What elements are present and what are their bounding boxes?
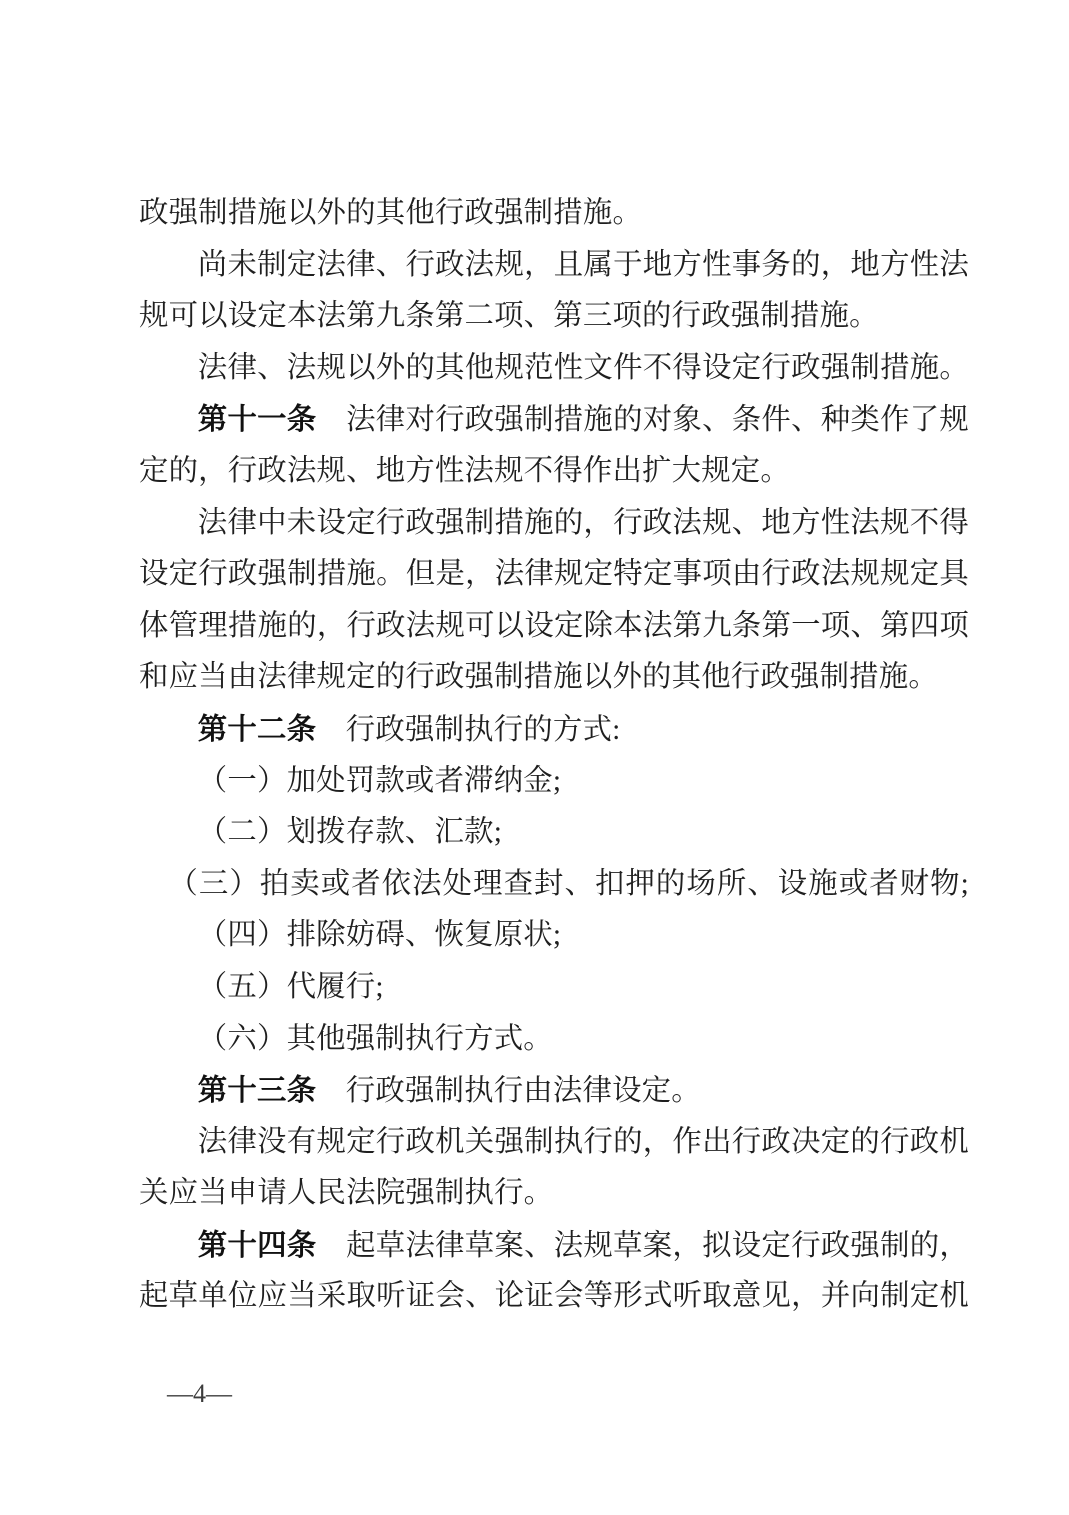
line-text: 尚未制定法律、行政法规，且属于地方性事务的，地方性法 — [198, 249, 969, 281]
line-text: 法律中未设定行政强制措施的，行政法规、地方性法规不得 — [198, 507, 969, 539]
text-line: 规可以设定本法第九条第二项、第三项的行政强制措施。 — [139, 291, 969, 343]
line-text: 起草法律草案、法规草案，拟设定行政强制的， — [316, 1230, 969, 1262]
text-line: 关应当申请人民法院强制执行。 — [139, 1168, 969, 1220]
text-line: 定的，行政法规、地方性法规不得作出扩大规定。 — [139, 446, 969, 498]
text-line: 尚未制定法律、行政法规，且属于地方性事务的，地方性法 — [139, 240, 969, 292]
text-line: 起草单位应当采取听证会、论证会等形式听取意见，并向制定机 — [139, 1271, 969, 1323]
line-text: 关应当申请人民法院强制执行。 — [139, 1177, 553, 1209]
text-line: 设定行政强制措施。但是，法律规定特定事项由行政法规规定具 — [139, 549, 969, 601]
text-line: 政强制措施以外的其他行政强制措施。 — [139, 188, 969, 240]
line-text: 行政强制执行的方式: — [316, 714, 620, 746]
line-text: 行政强制执行由法律设定。 — [316, 1075, 701, 1107]
text-line: （六）其他强制执行方式。 — [139, 1014, 969, 1066]
line-text: （五）代履行; — [198, 971, 384, 1003]
line-text: 定的，行政法规、地方性法规不得作出扩大规定。 — [139, 455, 790, 487]
article-line: 第十一条 法律对行政强制措施的对象、条件、种类作了规 — [139, 394, 969, 446]
line-text: 起草单位应当采取听证会、论证会等形式听取意见，并向制定机 — [139, 1280, 969, 1312]
line-text: 设定行政强制措施。但是，法律规定特定事项由行政法规规定具 — [139, 558, 969, 590]
article-number: 第十四条 — [198, 1229, 317, 1262]
text-line: （四）排除妨碍、恢复原状; — [139, 910, 969, 962]
line-text: 体管理措施的，行政法规可以设定除本法第九条第一项、第四项 — [139, 610, 969, 642]
text-line: （一）加处罚款或者滞纳金; — [139, 756, 969, 808]
line-text: 规可以设定本法第九条第二项、第三项的行政强制措施。 — [139, 300, 879, 332]
line-text: 和应当由法律规定的行政强制措施以外的其他行政强制措施。 — [139, 661, 938, 693]
text-line: （二）划拨存款、汇款; — [139, 807, 969, 859]
article-line: 第十四条 起草法律草案、法规草案，拟设定行政强制的， — [139, 1220, 969, 1272]
line-text: （三）拍卖或者依法处理查封、扣押的场所、设施或者财物; — [168, 868, 969, 900]
line-text: （六）其他强制执行方式。 — [198, 1023, 553, 1055]
line-text: （四）排除妨碍、恢复原状; — [198, 919, 561, 951]
text-line: 法律、法规以外的其他规范性文件不得设定行政强制措施。 — [139, 343, 969, 395]
article-number: 第十三条 — [198, 1074, 316, 1107]
text-line: （五）代履行; — [139, 962, 969, 1014]
page-number: —4— — [167, 1378, 232, 1410]
line-text: 法律对行政强制措施的对象、条件、种类作了规 — [316, 404, 969, 436]
text-line: 和应当由法律规定的行政强制措施以外的其他行政强制措施。 — [139, 652, 969, 704]
article-number: 第十一条 — [198, 403, 317, 436]
article-line: 第十二条 行政强制执行的方式: — [139, 704, 969, 756]
article-line: 第十三条 行政强制执行由法律设定。 — [139, 1065, 969, 1117]
line-text: 法律没有规定行政机关强制执行的，作出行政决定的行政机 — [198, 1126, 969, 1158]
document-page: 政强制措施以外的其他行政强制措施。尚未制定法律、行政法规，且属于地方性事务的，地… — [0, 0, 1069, 1515]
line-text: （二）划拨存款、汇款; — [198, 816, 502, 848]
text-line: 法律没有规定行政机关强制执行的，作出行政决定的行政机 — [139, 1117, 969, 1169]
document-body: 政强制措施以外的其他行政强制措施。尚未制定法律、行政法规，且属于地方性事务的，地… — [139, 188, 969, 1323]
text-line: 法律中未设定行政强制措施的，行政法规、地方性法规不得 — [139, 498, 969, 550]
line-text: 法律、法规以外的其他规范性文件不得设定行政强制措施。 — [198, 352, 969, 384]
text-line: （三）拍卖或者依法处理查封、扣押的场所、设施或者财物; — [139, 859, 969, 911]
line-text: （一）加处罚款或者滞纳金; — [198, 765, 561, 797]
line-text: 政强制措施以外的其他行政强制措施。 — [139, 197, 642, 229]
article-number: 第十二条 — [198, 713, 316, 746]
text-line: 体管理措施的，行政法规可以设定除本法第九条第一项、第四项 — [139, 601, 969, 653]
